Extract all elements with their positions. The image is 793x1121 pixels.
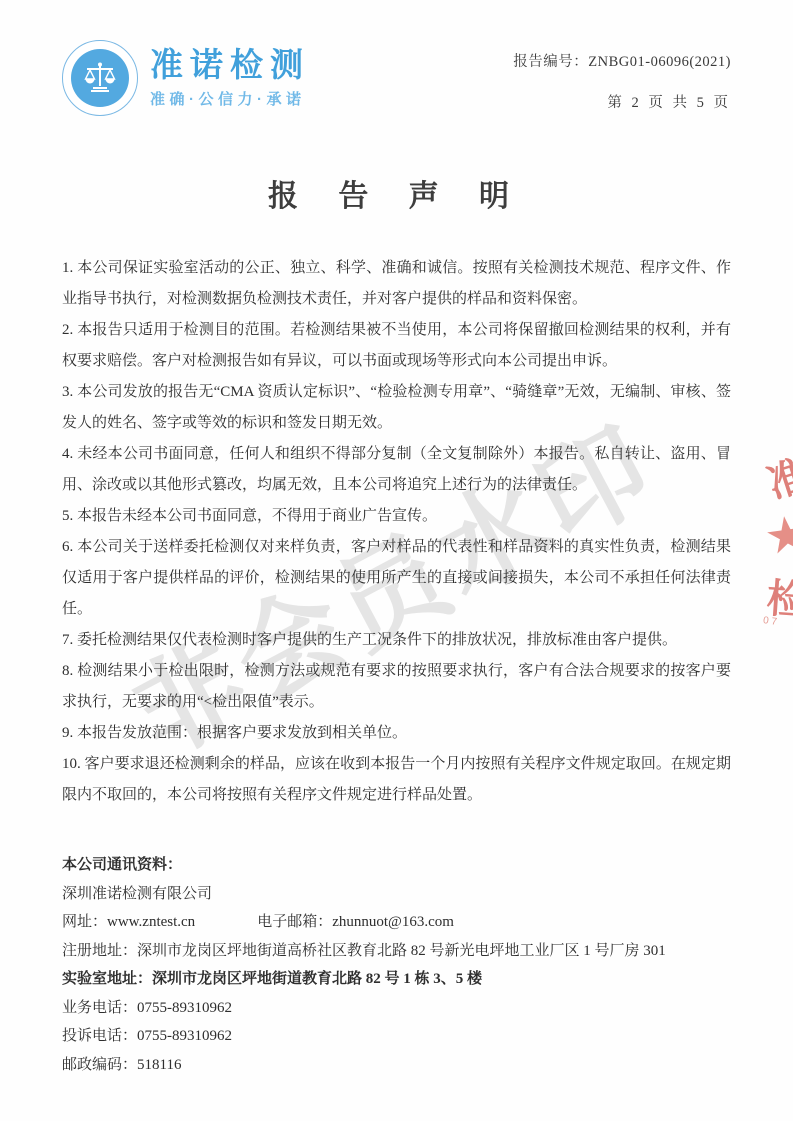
- scales-of-justice-icon: [62, 40, 138, 116]
- statement-10: 10. 客户要求退还检测剩余的样品，应该在收到本报告一个月内按照有关程序文件规定…: [62, 749, 731, 811]
- registered-address: 注册地址：深圳市龙岗区坪地街道高桥社区教育北路 82 号新光电坪地工业厂区 1 …: [62, 937, 731, 966]
- seal-char: 准: [759, 448, 793, 510]
- website-value: www.zntest.cn: [107, 914, 195, 930]
- statement-3: 3. 本公司发放的报告无“CMA 资质认定标识”、“检验检测专用章”、“骑缝章”…: [62, 377, 731, 439]
- company-name: 深圳准诺检测有限公司: [62, 880, 731, 909]
- statement-5: 5. 本报告未经本公司书面同意，不得用于商业广告宣传。: [62, 501, 731, 532]
- report-page: 非会员水印 准 ★ 检 0 7: [0, 0, 793, 1121]
- seal-char: 检: [765, 567, 793, 627]
- page-title: 报 告 声 明: [62, 171, 731, 215]
- seal-number: 0 7: [762, 615, 777, 628]
- paging-seal-fragment: 准 ★ 检 0 7: [757, 448, 793, 638]
- contact-heading: 本公司通讯资料：: [62, 851, 731, 880]
- brand-tagline: 准确·公信力·承诺: [150, 88, 310, 109]
- statement-2: 2. 本报告只适用于检测目的范围。若检测结果被不当使用，本公司将保留撤回检测结果…: [62, 315, 731, 377]
- header: 准诺检测 准确·公信力·承诺 报告编号：ZNBG01-06096(2021) 第…: [62, 40, 731, 135]
- statements-section: 1. 本公司保证实验室活动的公正、独立、科学、准确和诚信。按照有关检测技术规范、…: [62, 253, 731, 811]
- report-number-label: 报告编号：: [513, 54, 588, 70]
- contact-section: 本公司通讯资料： 深圳准诺检测有限公司 网址：www.zntest.cn电子邮箱…: [62, 851, 731, 1079]
- report-number-value: ZNBG01-06096(2021): [588, 54, 731, 70]
- statement-7: 7. 委托检测结果仅代表检测时客户提供的生产工况条件下的排放状况，排放标准由客户…: [62, 625, 731, 656]
- email-label: 电子邮箱：: [257, 914, 332, 930]
- lab-address: 实验室地址：深圳市龙岗区坪地街道教育北路 82 号 1 栋 3、5 楼: [62, 965, 731, 994]
- postal-code: 邮政编码：518116: [62, 1051, 731, 1080]
- complaint-phone: 投诉电话：0755-89310962: [62, 1022, 731, 1051]
- website-email-line: 网址：www.zntest.cn电子邮箱：zhunnuot@163.com: [62, 908, 731, 937]
- statement-8: 8. 检测结果小于检出限时，检测方法或规范有要求的按照要求执行，客户有合法合规要…: [62, 656, 731, 718]
- business-phone: 业务电话：0755-89310962: [62, 994, 731, 1023]
- header-meta: 报告编号：ZNBG01-06096(2021) 第 2 页 共 5 页: [513, 40, 731, 112]
- email-value: zhunnuot@163.com: [332, 914, 454, 930]
- brand-name: 准诺检测: [150, 47, 310, 83]
- statement-1: 1. 本公司保证实验室活动的公正、独立、科学、准确和诚信。按照有关检测技术规范、…: [62, 253, 731, 315]
- website-label: 网址：: [62, 914, 107, 930]
- seal-star-icon: ★: [764, 508, 793, 564]
- statement-6: 6. 本公司关于送样委托检测仅对来样负责，客户对样品的代表性和样品资料的真实性负…: [62, 532, 731, 625]
- statement-9: 9. 本报告发放范围：根据客户要求发放到相关单位。: [62, 718, 731, 749]
- statement-4: 4. 未经本公司书面同意，任何人和组织不得部分复制（全文复制除外）本报告。私自转…: [62, 439, 731, 501]
- report-number: 报告编号：ZNBG01-06096(2021): [513, 50, 731, 71]
- company-logo: 准诺检测 准确·公信力·承诺: [62, 40, 310, 116]
- page-indicator: 第 2 页 共 5 页: [513, 91, 731, 112]
